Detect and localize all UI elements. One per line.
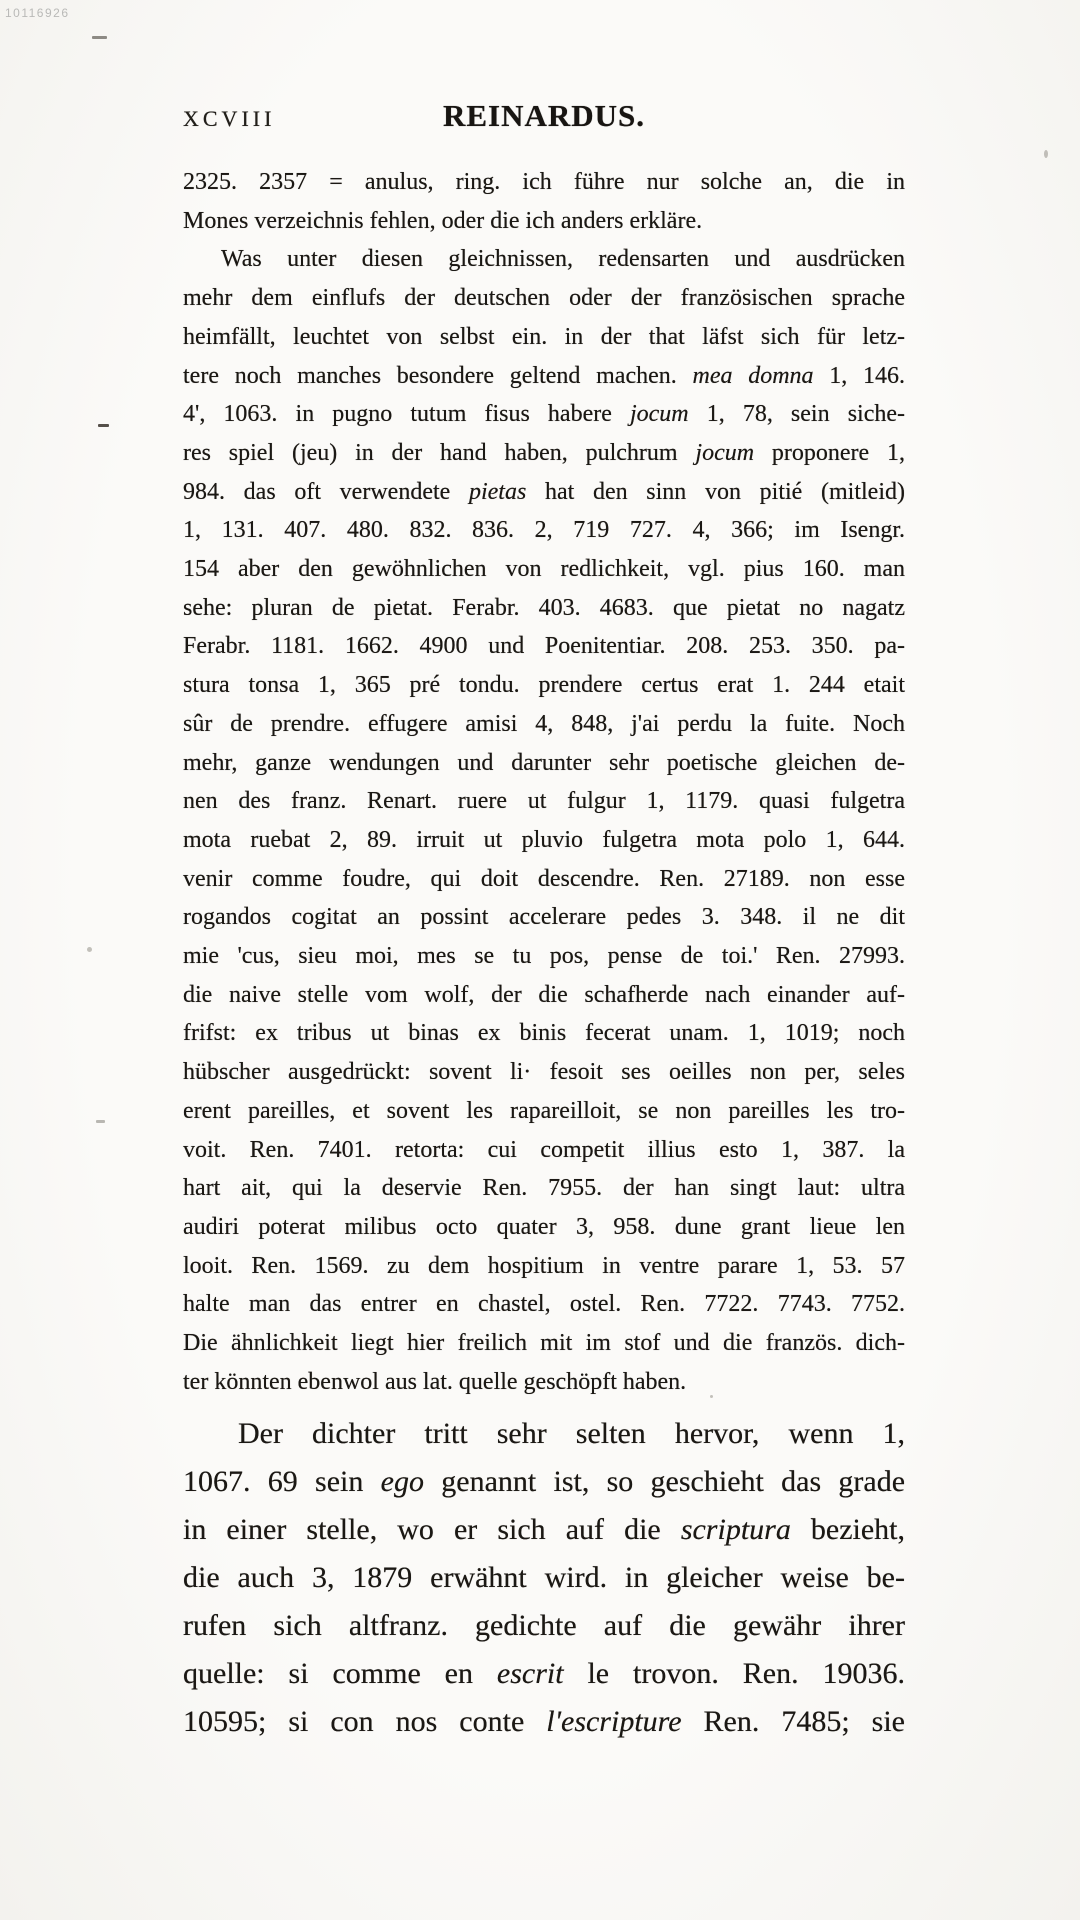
text-line: 1, 131. 407. 480. 832. 836. 2, 719 727. … [183,511,905,550]
text-segment: frifst: ex tribus ut binas ex binis fece… [183,1020,905,1046]
text-line: quelle: si comme en escrit le trovon. Re… [183,1650,905,1698]
text-line: 1067. 69 sein ego genannt ist, so geschi… [183,1458,905,1506]
text-line: mehr dem einflufs der deutschen oder der… [183,279,905,318]
text-segment: die auch 3, 1879 erwähnt wird. in gleich… [183,1561,905,1594]
text-segment: sehe: pluran de pietat. Ferabr. 403. 468… [183,595,905,621]
text-line: 154 aber den gewöhnlichen von redlichkei… [183,550,905,589]
text-segment: die naive stelle vom wolf, der die schaf… [183,982,905,1008]
text-line: mehr, ganze wendungen und darunter sehr … [183,744,905,783]
text-segment: genannt ist, so geschieht das grade [424,1465,905,1498]
text-line: hübscher ausgedrückt: sovent li· fesoit … [183,1053,905,1092]
page-header: XCVIII REINARDUS. [183,98,905,134]
text-segment: 1, 146. [814,363,905,389]
text-line: Der dichter tritt sehr selten hervor, we… [183,1410,905,1458]
text-segment: 1, 78, sein siche- [689,401,905,427]
text-segment: 4', 1063. in pugno tutum fisus habere [183,401,630,427]
text-line: 984. das oft verwendete pietas hat den s… [183,473,905,512]
text-segment: hübscher ausgedrückt: sovent li· fesoit … [183,1059,905,1085]
text-line: res spiel (jeu) in der hand haben, pulch… [183,434,905,473]
text-segment: mehr dem einflufs der deutschen oder der… [183,285,905,311]
italic-term: jocum [630,401,689,427]
text-segment: nen des franz. Renart. ruere ut fulgur 1… [183,788,905,814]
text-segment: audiri poterat milibus octo quater 3, 95… [183,1214,905,1240]
text-line: 10595; si con nos conte l'escripture Ren… [183,1698,905,1746]
italic-term: jocum [695,440,754,466]
text-segment: ter könnten ebenwol aus lat. quelle gesc… [183,1369,686,1395]
text-segment: 154 aber den gewöhnlichen von redlichkei… [183,556,905,582]
text-line: hart ait, qui la deservie Ren. 7955. der… [183,1169,905,1208]
text-segment: rogandos cogitat an possint accelerare p… [183,904,905,930]
text-line: Was unter diesen gleichnissen, redensart… [183,240,905,279]
text-segment: quelle: si comme en [183,1657,497,1690]
closing-paragraph: Der dichter tritt sehr selten hervor, we… [183,1410,905,1746]
text-segment: 2325. 2357 = anulus, ring. ich führe nur… [183,169,905,195]
text-segment: 1067. 69 sein [183,1465,381,1498]
text-segment: 984. das oft verwendete [183,479,469,505]
text-line: sehe: pluran de pietat. Ferabr. 403. 468… [183,589,905,628]
text-segment: voit. Ren. 7401. retorta: cui competit i… [183,1137,905,1163]
text-segment: sûr de prendre. effugere amisi 4, 848, j… [183,711,905,737]
italic-term: pietas [469,479,526,505]
text-line: frifst: ex tribus ut binas ex binis fece… [183,1014,905,1053]
scan-speck [710,1395,713,1398]
scan-artifact [98,424,109,427]
italic-term: ego [381,1465,424,1498]
text-segment: Mones verzeichnis fehlen, oder die ich a… [183,208,702,234]
text-segment: hart ait, qui la deservie Ren. 7955. der… [183,1175,905,1201]
text-segment: bezieht, [791,1513,905,1546]
text-line: erent pareilles, et sovent les rapareill… [183,1092,905,1131]
text-segment: mota ruebat 2, 89. irruit ut pluvio fulg… [183,827,905,853]
italic-term: l'escripture [546,1705,681,1738]
text-line: 2325. 2357 = anulus, ring. ich führe nur… [183,163,905,202]
text-segment: venir comme foudre, qui doit descendre. … [183,866,905,892]
text-segment: mie 'cus, sieu moi, mes se tu pos, pense… [183,943,905,969]
text-segment: looit. Ren. 1569. zu dem hospitium in ve… [183,1253,905,1279]
text-segment: tere noch manches besondere geltend mach… [183,363,693,389]
page-body: 2325. 2357 = anulus, ring. ich führe nur… [183,163,905,1746]
text-segment: res spiel (jeu) in der hand haben, pulch… [183,440,695,466]
text-segment: Der dichter tritt sehr selten hervor, we… [238,1417,905,1450]
italic-term: escrit [497,1657,564,1690]
scan-speck [1044,150,1048,158]
text-line: mota ruebat 2, 89. irruit ut pluvio fulg… [183,821,905,860]
text-line: looit. Ren. 1569. zu dem hospitium in ve… [183,1247,905,1286]
text-line: mie 'cus, sieu moi, mes se tu pos, pense… [183,937,905,976]
text-line: in einer stelle, wo er sich auf die scri… [183,1506,905,1554]
text-segment: in einer stelle, wo er sich auf die [183,1513,681,1546]
text-line: venir comme foudre, qui doit descendre. … [183,860,905,899]
text-line: rufen sich altfranz. gedichte auf die ge… [183,1602,905,1650]
scan-number: 10116926 [5,6,70,20]
text-line: Die ähnlichkeit liegt hier freilich mit … [183,1324,905,1363]
text-segment: halte man das entrer en chastel, ostel. … [183,1291,905,1317]
text-line: die auch 3, 1879 erwähnt wird. in gleich… [183,1554,905,1602]
text-segment: 1, 131. 407. 480. 832. 836. 2, 719 727. … [183,517,905,543]
text-segment: Die ähnlichkeit liegt hier freilich mit … [183,1330,905,1356]
text-line: nen des franz. Renart. ruere ut fulgur 1… [183,782,905,821]
text-segment: 10595; si con nos conte [183,1705,546,1738]
italic-term: mea domna [693,363,814,389]
text-segment: heimfällt, leuchtet von selbst ein. in d… [183,324,905,350]
text-segment: Ren. 7485; sie [682,1705,905,1738]
text-segment: rufen sich altfranz. gedichte auf die ge… [183,1609,905,1642]
text-segment: Was unter diesen gleichnissen, redensart… [221,246,905,272]
scan-speck [87,947,92,952]
text-line: tere noch manches besondere geltend mach… [183,357,905,396]
scanned-book-page: 10116926 XCVIII REINARDUS. 2325. 2357 = … [0,0,1080,1920]
main-paragraphs: 2325. 2357 = anulus, ring. ich führe nur… [183,163,905,1402]
text-line: halte man das entrer en chastel, ostel. … [183,1285,905,1324]
text-line: voit. Ren. 7401. retorta: cui competit i… [183,1131,905,1170]
text-line: die naive stelle vom wolf, der die schaf… [183,976,905,1015]
text-segment: erent pareilles, et sovent les rapareill… [183,1098,905,1124]
text-segment: le trovon. Ren. 19036. [564,1657,905,1690]
text-segment: proponere 1, [754,440,905,466]
text-line: audiri poterat milibus octo quater 3, 95… [183,1208,905,1247]
text-line: ter könnten ebenwol aus lat. quelle gesc… [183,1363,905,1402]
scan-artifact [96,1120,105,1123]
text-segment: stura tonsa 1, 365 pré tondu. prendere c… [183,672,905,698]
text-segment: Ferabr. 1181. 1662. 4900 und Poenitentia… [183,633,905,659]
text-segment: hat den sinn von pitié (mitleid) [526,479,905,505]
text-segment: mehr, ganze wendungen und darunter sehr … [183,750,905,776]
text-line: stura tonsa 1, 365 pré tondu. prendere c… [183,666,905,705]
text-line: 4', 1063. in pugno tutum fisus habere jo… [183,395,905,434]
text-line: heimfällt, leuchtet von selbst ein. in d… [183,318,905,357]
text-line: rogandos cogitat an possint accelerare p… [183,898,905,937]
running-title: REINARDUS. [183,98,905,134]
scan-speck [420,610,423,613]
text-line: sûr de prendre. effugere amisi 4, 848, j… [183,705,905,744]
scan-artifact [92,36,107,39]
italic-term: scriptura [681,1513,791,1546]
text-line: Ferabr. 1181. 1662. 4900 und Poenitentia… [183,627,905,666]
text-line: Mones verzeichnis fehlen, oder die ich a… [183,202,905,241]
